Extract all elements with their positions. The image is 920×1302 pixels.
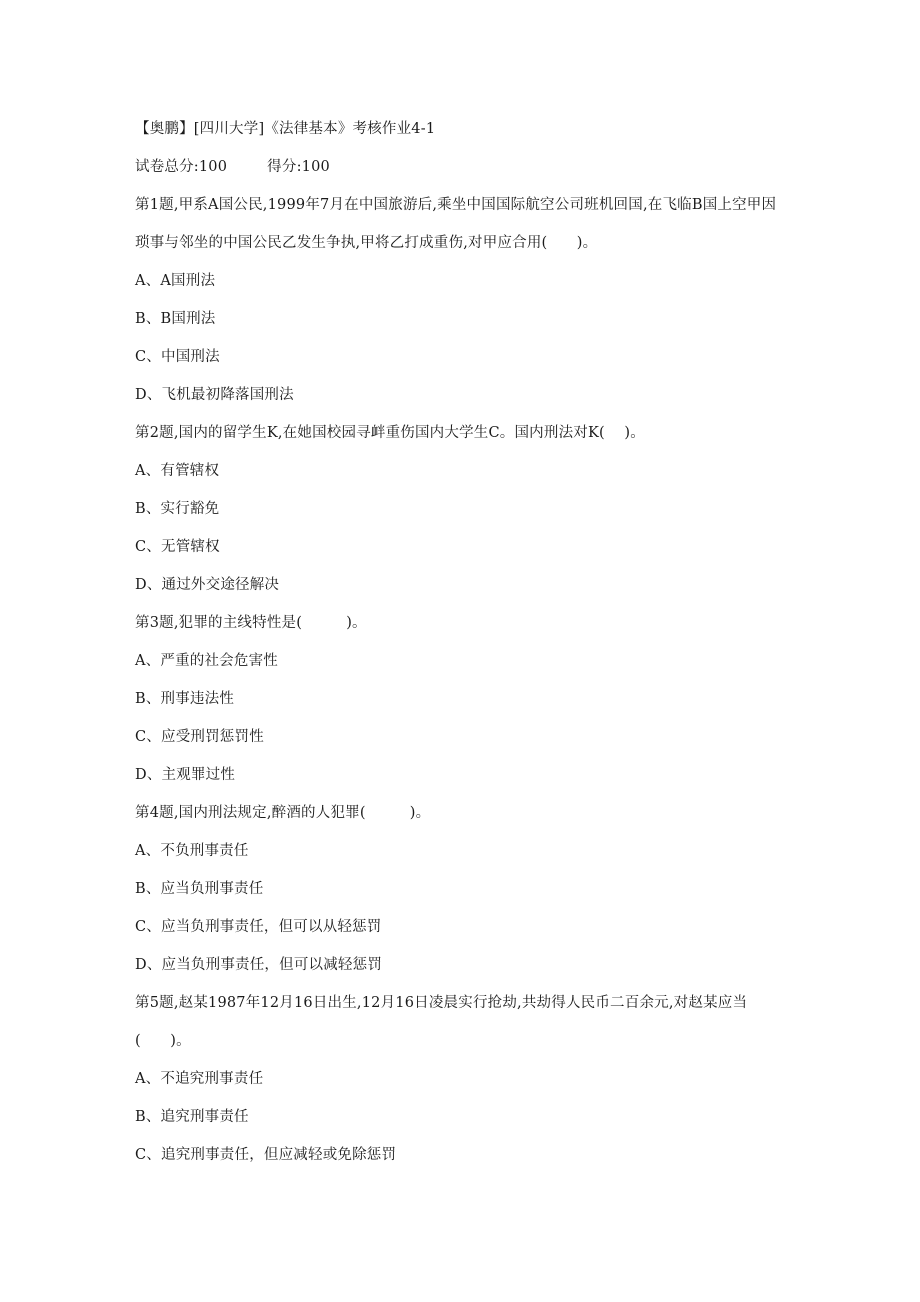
score-got: 得分:100 (267, 159, 330, 175)
document-title: 【奥鹏】[四川大学]《法律基本》考核作业4-1 (135, 116, 795, 154)
option-c: C、无管辖权 (135, 534, 795, 572)
option-a: A、不负刑事责任 (135, 838, 795, 876)
option-b: B、追究刑事责任 (135, 1104, 795, 1142)
option-b: B、刑事违法性 (135, 686, 795, 724)
question-3: 第3题,犯罪的主线特性是( )。 A、严重的社会危害性 B、刑事违法性 C、应受… (135, 610, 795, 800)
option-a: A、不追究刑事责任 (135, 1066, 795, 1104)
question-1: 第1题,甲系A国公民,1999年7月在中国旅游后,乘坐中国国际航空公司班机回国,… (135, 186, 795, 420)
option-b: B、B国刑法 (135, 306, 795, 344)
question-text: 第1题,甲系A国公民,1999年7月在中国旅游后,乘坐中国国际航空公司班机回国,… (135, 186, 790, 262)
option-b: B、实行豁免 (135, 496, 795, 534)
option-a: A、严重的社会危害性 (135, 648, 795, 686)
question-text: 第4题,国内刑法规定,醉酒的人犯罪( )。 (135, 800, 795, 838)
option-c: C、中国刑法 (135, 344, 795, 382)
question-5: 第5题,赵某1987年12月16日出生,12月16日凌晨实行抢劫,共劫得人民币二… (135, 984, 795, 1180)
option-c: C、应当负刑事责任，但可以从轻惩罚 (135, 914, 795, 952)
option-d: D、主观罪过性 (135, 762, 795, 800)
option-a: A、有管辖权 (135, 458, 795, 496)
question-2: 第2题,国内的留学生K,在她国校园寻衅重伤国内大学生C。国内刑法对K( )。 A… (135, 420, 795, 610)
question-text: 第2题,国内的留学生K,在她国校园寻衅重伤国内大学生C。国内刑法对K( )。 (135, 420, 795, 458)
option-d: D、通过外交途径解决 (135, 572, 795, 610)
option-d: D、飞机最初降落国刑法 (135, 382, 795, 420)
option-c: C、应受刑罚惩罚性 (135, 724, 795, 762)
question-4: 第4题,国内刑法规定,醉酒的人犯罪( )。 A、不负刑事责任 B、应当负刑事责任… (135, 800, 795, 990)
document-page: 【奥鹏】[四川大学]《法律基本》考核作业4-1 试卷总分:100得分:100 第… (135, 116, 795, 1180)
option-c: C、追究刑事责任，但应减轻或免除惩罚 (135, 1142, 795, 1180)
question-text: 第3题,犯罪的主线特性是( )。 (135, 610, 795, 648)
option-a: A、A国刑法 (135, 268, 795, 306)
option-b: B、应当负刑事责任 (135, 876, 795, 914)
score-total: 试卷总分:100 (135, 159, 227, 175)
question-text: 第5题,赵某1987年12月16日出生,12月16日凌晨实行抢劫,共劫得人民币二… (135, 984, 790, 1060)
